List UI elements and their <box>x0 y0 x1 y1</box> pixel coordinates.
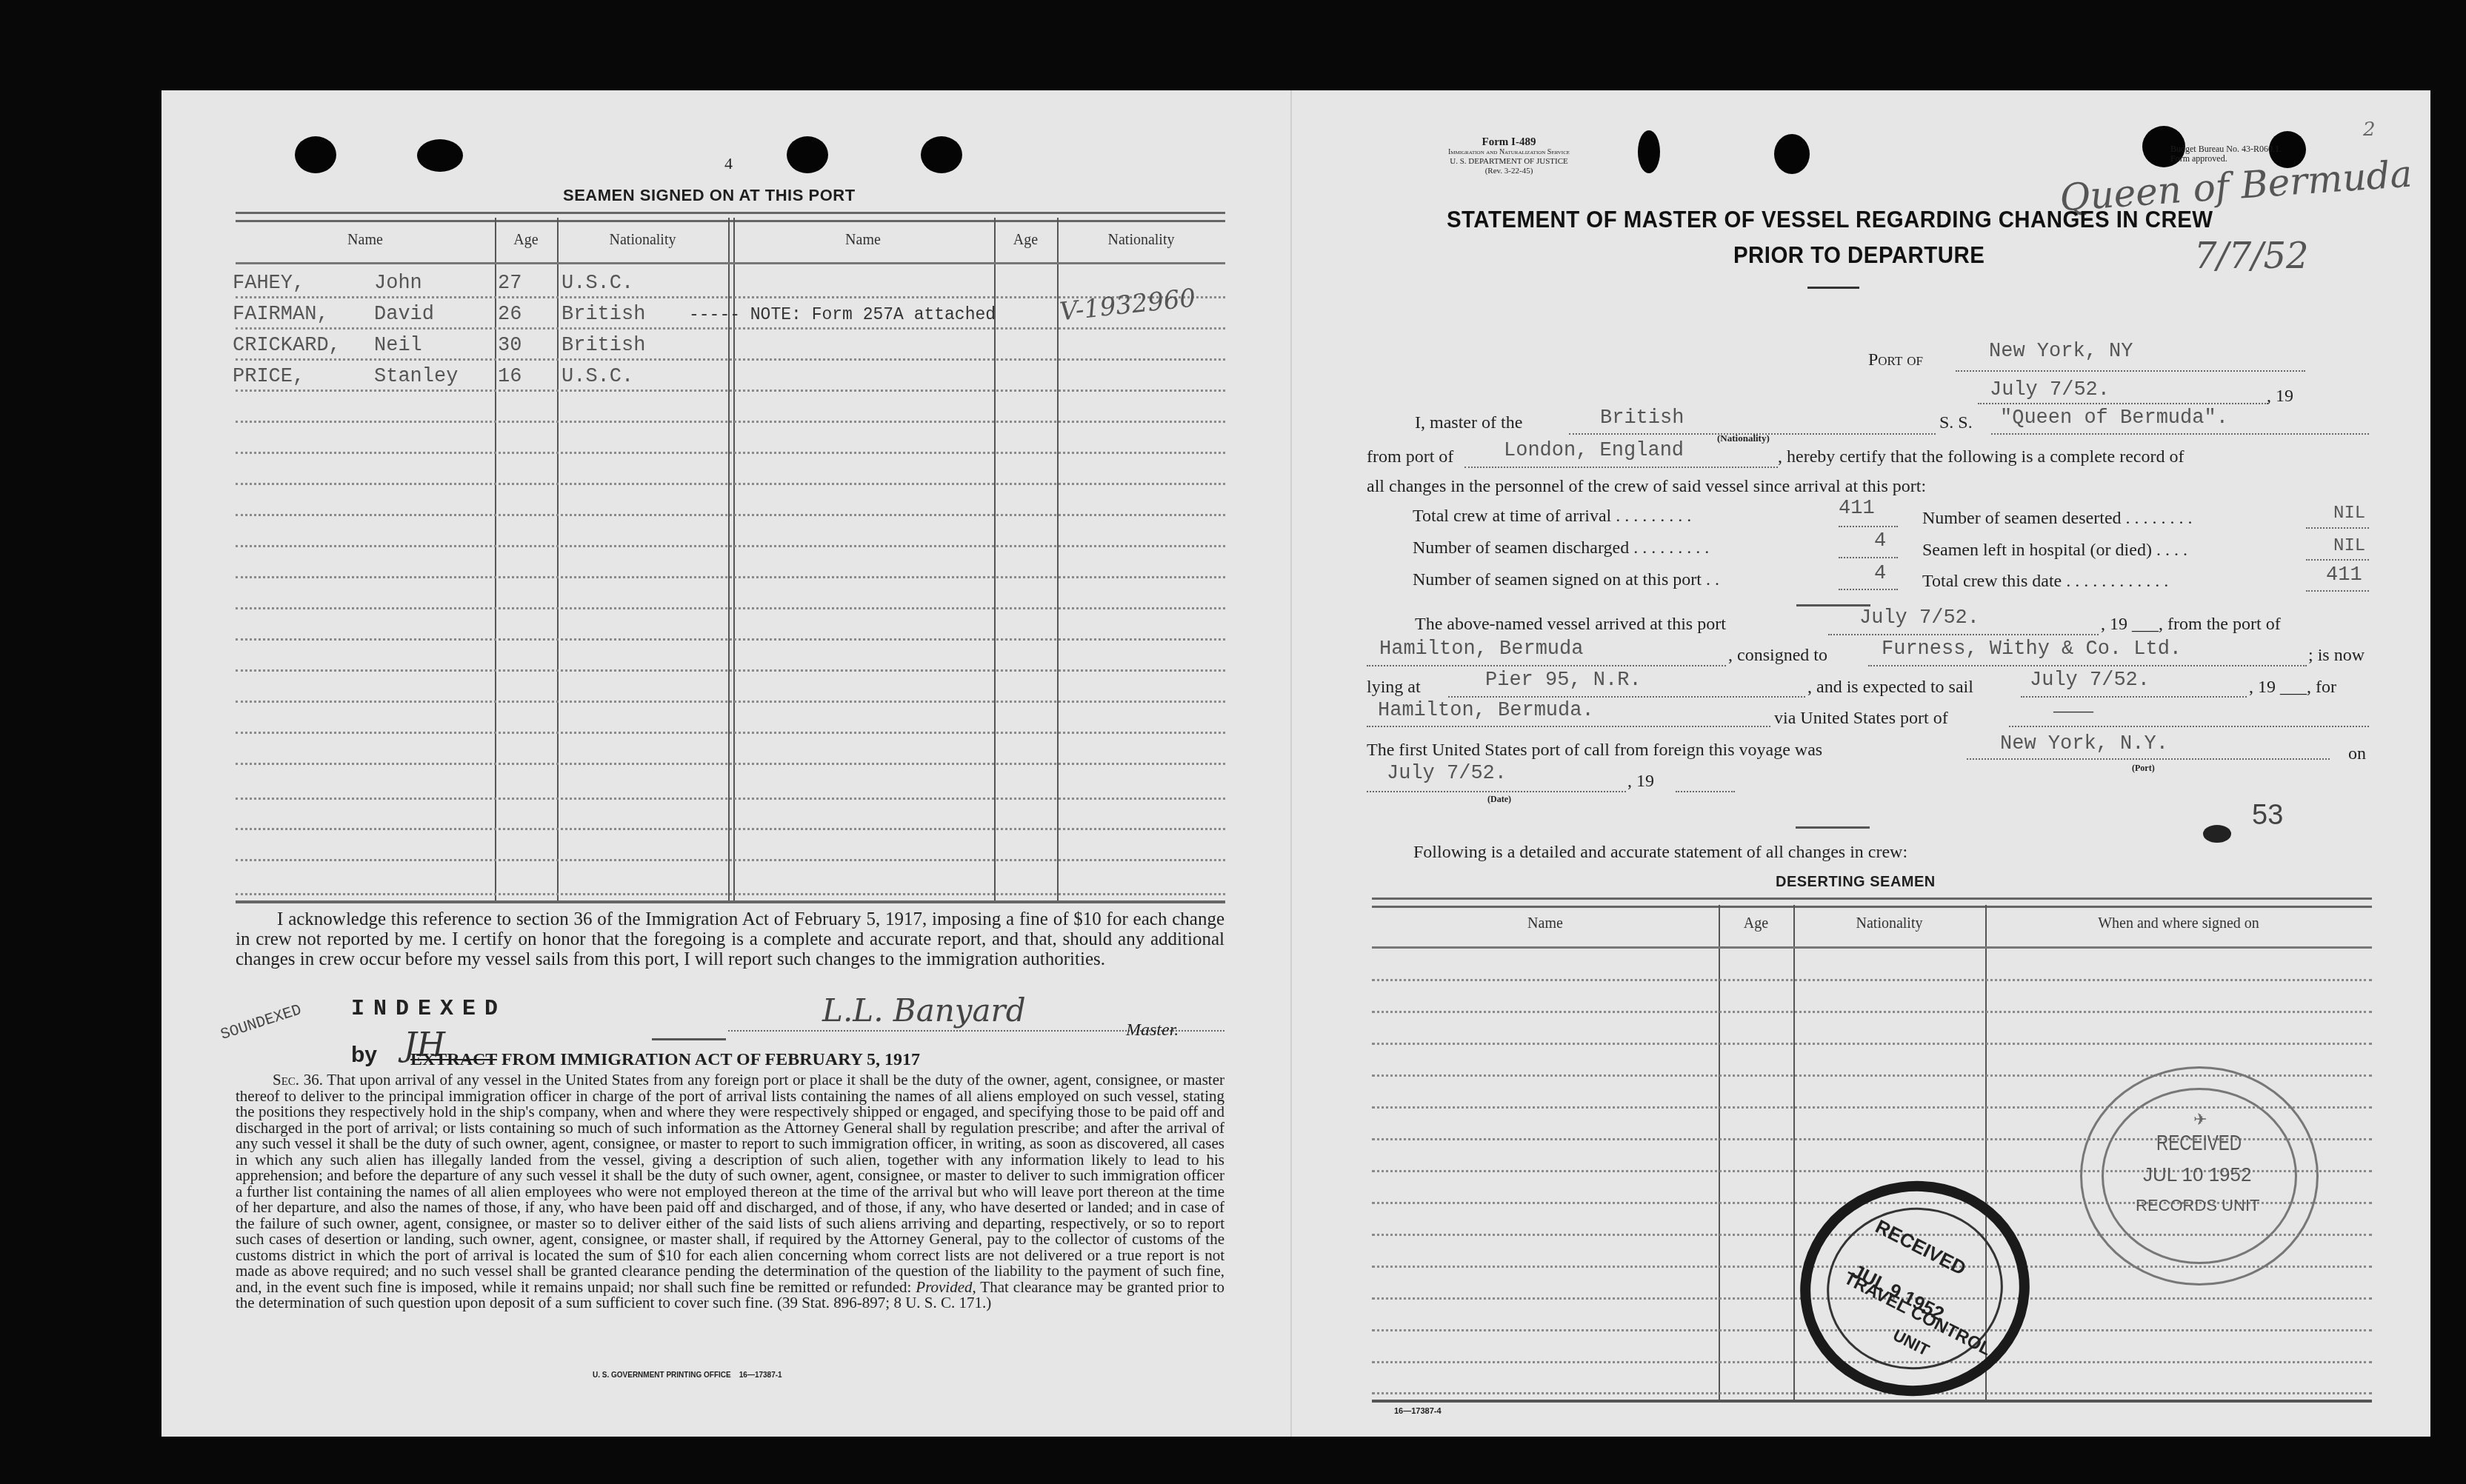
form-note: ----- NOTE: Form 257A attached <box>689 305 996 324</box>
header-rule <box>1372 946 2372 949</box>
first-port-value: New York, N.Y. <box>2000 733 2168 755</box>
punch-hole <box>1774 134 1810 174</box>
master-of-label: I, master of the <box>1415 413 1522 433</box>
arrival-from-value: Hamilton, Bermuda <box>1379 638 1583 661</box>
stat-hospital-value: NIL <box>2333 536 2365 556</box>
stamped-number: 53 <box>2252 800 2283 832</box>
via-value: ——— <box>2053 703 2093 719</box>
arrival-from-field <box>1367 665 1726 666</box>
extract-struck: EXTRACT <box>410 1050 497 1069</box>
form-title-line1: STATEMENT OF MASTER OF VESSEL REGARDING … <box>1447 206 2213 233</box>
stat-signed-on-label: Number of seamen signed on at this port … <box>1413 570 1719 590</box>
from-port-label: from port of <box>1367 447 1453 467</box>
page-fold <box>1290 90 1292 1437</box>
master-label: Master. <box>1126 1020 1179 1040</box>
page-number: 4 <box>724 154 733 173</box>
consignee-field <box>1868 665 2307 666</box>
punch-hole <box>295 136 336 173</box>
column-header-age: Age <box>495 232 557 249</box>
date-caption: (Date) <box>1487 794 1511 805</box>
records-unit-stamp: ✈ RECEIVED JUL 10 1952 RECORDS UNIT <box>2080 1066 2319 1286</box>
stat-total-arrival-label: Total crew at time of arrival . . . . . … <box>1413 507 1691 527</box>
sail-value: July 7/52. <box>2030 669 2150 692</box>
is-now-label: ; is now <box>2308 646 2365 666</box>
corner-mark: 2 <box>2363 118 2376 141</box>
column-header-age: Age <box>1719 915 1793 932</box>
ship-field <box>1991 433 2369 435</box>
lying-at-value: Pier 95, N.R. <box>1485 669 1642 692</box>
seaman-nationality: British <box>561 304 645 326</box>
extract-title: FROM IMMIGRATION ACT OF FEBRUARY 5, 1917 <box>501 1050 920 1069</box>
by-label: by <box>351 1043 377 1068</box>
first-date-value: July 7/52. <box>1387 763 1507 785</box>
table-bottom-rule <box>1372 1400 2372 1403</box>
department-name: U. S. DEPARTMENT OF JUSTICE <box>1372 157 1646 167</box>
on-label: on <box>2348 744 2366 764</box>
sec36-text: Sec. 36. That upon arrival of any vessel… <box>236 1072 1224 1311</box>
seaman-age: 26 <box>498 304 521 326</box>
port-caption: (Port) <box>2132 763 2155 774</box>
agency-name: Immigration and Naturalization Service <box>1372 147 1646 157</box>
form-number: Form I-489 <box>1372 138 1646 147</box>
stat-deserted-label: Number of seamen deserted . . . . . . . … <box>1922 509 2193 529</box>
sec36-label: Sec. 36. <box>273 1071 323 1089</box>
date-field <box>1978 403 2268 404</box>
from-port-value: London, England <box>1504 440 1684 462</box>
seaman-nationality: British <box>561 335 645 357</box>
via-label: via United States port of <box>1774 709 1948 729</box>
arrived-label: The above-named vessel arrived at this p… <box>1415 615 1726 635</box>
plane-icon: ✈ <box>2193 1110 2207 1129</box>
consigned-label: , consigned to <box>1728 646 1827 666</box>
sail-field <box>2021 696 2247 698</box>
port-value: New York, NY <box>1989 341 2133 363</box>
first-port-field <box>1967 758 2330 760</box>
seaman-surname: FAHEY, <box>233 273 304 295</box>
handwritten-date: 7/7/52 <box>2194 235 2309 277</box>
stat-signed-on-value: 4 <box>1874 563 1886 585</box>
divider <box>1796 826 1870 829</box>
stat-total-date-label: Total crew this date . . . . . . . . . .… <box>1922 572 2168 592</box>
nationality-value: British <box>1600 407 1684 430</box>
indexed-stamp: INDEXED <box>351 997 507 1022</box>
seaman-surname: FAIRMAN, <box>233 304 329 326</box>
stat-discharged-label: Number of seamen discharged . . . . . . … <box>1413 538 1709 558</box>
seaman-surname: PRICE, <box>233 366 304 388</box>
from-port-suffix: , 19 ___, from the port of <box>2101 615 2281 635</box>
first-date-field <box>1367 791 1626 792</box>
date-value: July 7/52. <box>1990 379 2110 401</box>
sail-label: , and is expected to sail <box>1807 678 1973 698</box>
stat-total-date-value: 411 <box>2326 564 2362 586</box>
printer-line-left: U. S. GOVERNMENT PRINTING OFFICE 16—1738… <box>593 1371 782 1380</box>
destination-field <box>1367 726 1770 727</box>
extract-heading: EXTRACT FROM IMMIGRATION ACT OF FEBRUARY… <box>410 1050 920 1070</box>
certify-text-2: all changes in the personnel of the crew… <box>1367 477 1926 497</box>
year-label: , 19 <box>2267 387 2293 407</box>
nationality-caption: (Nationality) <box>1717 432 1770 444</box>
first-port-label: The first United States port of call fro… <box>1367 741 1822 761</box>
seaman-surname: CRICKARD, <box>233 335 341 357</box>
section-title: SEAMEN SIGNED ON AT THIS PORT <box>563 186 856 205</box>
consignee-value: Furness, Withy & Co. Ltd. <box>1882 638 2182 661</box>
column-header-nationality: Nationality <box>1793 915 1985 932</box>
form-header: Form I-489 Immigration and Naturalizatio… <box>1372 138 1646 176</box>
stamp-date: JUL 10 1952 <box>2143 1163 2251 1186</box>
revision: (Rev. 3-22-45) <box>1372 167 1646 176</box>
lying-at-field <box>1448 696 1805 698</box>
column-header-nationality: Nationality <box>557 232 728 249</box>
lying-at-label: lying at <box>1367 678 1421 698</box>
seaman-age: 30 <box>498 335 521 357</box>
ship-value: "Queen of Bermuda". <box>2000 407 2228 430</box>
stamp-received: RECEIVED <box>2156 1131 2242 1156</box>
column-header-age-2: Age <box>994 232 1057 249</box>
seaman-nationality: U.S.C. <box>561 366 633 388</box>
seaman-age: 27 <box>498 273 521 295</box>
stat-discharged-value: 4 <box>1874 530 1886 552</box>
stat-total-arrival-value: 411 <box>1839 498 1875 520</box>
following-text: Following is a detailed and accurate sta… <box>1413 843 1907 863</box>
title-underline <box>1807 287 1859 289</box>
budget-bureau: Budget Bureau No. 43-R060.1. Form approv… <box>2170 144 2282 164</box>
punch-hole <box>921 136 962 173</box>
column-header-name: Name <box>1372 915 1719 932</box>
port-field <box>1956 370 2305 372</box>
stat-hospital-label: Seamen left in hospital (or died) . . . … <box>1922 541 2187 561</box>
column-header-name-2: Name <box>732 232 994 249</box>
table-top-rule <box>1372 898 2372 908</box>
divider <box>652 1038 726 1040</box>
via-field <box>2009 726 2369 727</box>
form-title-line2: PRIOR TO DEPARTURE <box>1733 241 1985 269</box>
seaman-given-name: John <box>374 273 422 295</box>
punch-hole <box>417 139 463 172</box>
seaman-given-name: Stanley <box>374 366 458 388</box>
column-header-when-where: When and where signed on <box>1985 915 2372 932</box>
header-rule <box>236 262 1225 264</box>
seaman-given-name: David <box>374 304 434 326</box>
seaman-age: 16 <box>498 366 521 388</box>
seaman-given-name: Neil <box>374 335 422 357</box>
destination-value: Hamilton, Bermuda. <box>1378 700 1594 722</box>
deserting-title: DESERTING SEAMEN <box>1776 874 1936 891</box>
stat-deserted-value: NIL <box>2333 504 2365 524</box>
sec36-body: That upon arrival of any vessel in the U… <box>236 1071 1224 1296</box>
first-date-year: , 19 <box>1627 772 1654 792</box>
for-suffix: , 19 ___, for <box>2249 678 2336 698</box>
arrived-field <box>1828 634 2099 635</box>
seaman-nationality: U.S.C. <box>561 273 633 295</box>
ss-label: S. S. <box>1939 413 1973 433</box>
sec36-provided: Provided, <box>916 1278 976 1296</box>
ink-blot <box>2203 825 2231 843</box>
column-header-nationality-2: Nationality <box>1057 232 1225 249</box>
column-header-name: Name <box>236 232 495 249</box>
punch-hole <box>787 136 828 173</box>
certify-text: , hereby certify that the following is a… <box>1778 447 2184 467</box>
arrived-value: July 7/52. <box>1859 607 1979 629</box>
printer-line-right: 16—17387-4 <box>1394 1407 1442 1416</box>
stamp-unit: RECORDS UNIT <box>2136 1196 2259 1215</box>
table-bottom-rule <box>236 900 1225 903</box>
port-label: Port of <box>1868 350 1923 370</box>
master-signature: L.L. Banyard <box>822 992 1026 1029</box>
from-port-field <box>1464 467 1778 468</box>
divider <box>1796 604 1870 606</box>
acknowledgement-text: I acknowledge this reference to section … <box>236 909 1224 969</box>
